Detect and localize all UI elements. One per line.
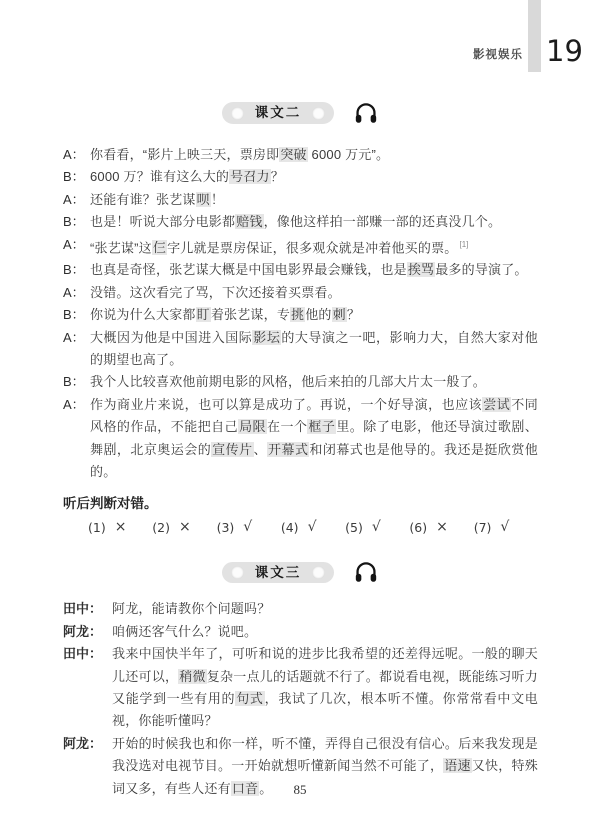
pill-decoration-circle: [231, 566, 244, 579]
text-run: 6000 万？谁有这么大的: [90, 169, 229, 184]
text-run: 着张艺谋，专: [211, 307, 290, 322]
text-run: 作为商业片来说，也可以算是成功了。再说，一个好导演，也应该: [90, 397, 482, 412]
check-mark-icon: √: [372, 519, 381, 535]
answer-item: (6)×: [409, 519, 473, 535]
dialog-text: 6000 万？谁有这么大的号召力？: [90, 166, 538, 188]
answer-item: (5)√: [345, 519, 409, 535]
answer-item: (3)√: [217, 519, 281, 535]
dialog-line: B：也真是奇怪，张艺谋大概是中国电影界最会赚钱，也是挨骂最多的导演了。: [63, 259, 538, 281]
footnote-ref: [1]: [459, 240, 468, 249]
vocab-highlight: 仨: [152, 240, 167, 255]
textbook-page: 影视娱乐 19 课文二 A：你看看，“影片上映三天，票房即突破 6000 万元”…: [0, 0, 600, 836]
dialog-text: 我个人比较喜欢他前期电影的风格，他后来拍的几部大片太一般了。: [90, 371, 538, 393]
text-run: 、: [254, 442, 267, 457]
vocab-highlight: 语速: [443, 758, 472, 773]
answer-item: (4)√: [281, 519, 345, 535]
pill-decoration-circle: [231, 107, 244, 120]
text-run: 他的: [305, 307, 331, 322]
text-run: 还能有谁？张艺谋: [90, 192, 196, 207]
pill-decoration-circle: [312, 566, 325, 579]
speaker-label: B：: [63, 371, 90, 393]
vocab-highlight: 开幕式: [267, 442, 309, 457]
cross-mark-icon: ×: [436, 519, 448, 535]
dialog-text: 阿龙，能请教你个问题吗？: [112, 598, 538, 620]
vocab-highlight: 盯: [196, 307, 211, 322]
dialog-text: 我来中国快半年了，可听和说的进步比我希望的还差得远呢。一般的聊天儿还可以，稍微复…: [112, 643, 538, 733]
header-divider-bar: [528, 0, 541, 72]
dialog-text: 没错。这次看完了骂，下次还接着买票看。: [90, 282, 538, 304]
text-run: 咱俩还客气什么？说吧。: [112, 624, 257, 639]
answer-number: (1): [88, 520, 106, 535]
text-run: 我个人比较喜欢他前期电影的风格，他后来拍的几部大片太一般了。: [90, 374, 486, 389]
speaker-label: A：: [63, 234, 90, 260]
dialog-line: A：还能有谁？张艺谋呗！: [63, 189, 538, 211]
content-area: 课文二 A：你看看，“影片上映三天，票房即突破 6000 万元”。B：6000 …: [63, 100, 538, 800]
speaker-label: B：: [63, 304, 90, 326]
text-run: 也是！听说大部分电影都: [90, 214, 235, 229]
dialog-text: “张艺谋”这仨字儿就是票房保证，很多观众就是冲着他买的票。[1]: [90, 234, 538, 260]
text-run: 最多的导演了。: [435, 262, 527, 277]
dialog-line: A：没错。这次看完了骂，下次还接着买票看。: [63, 282, 538, 304]
cross-mark-icon: ×: [115, 519, 127, 535]
speaker-label: 阿龙：: [63, 621, 112, 643]
lesson3-title-row: 课文三: [63, 559, 538, 585]
dialog-line: A：大概因为他是中国进入国际影坛的大导演之一吧，影响力大，自然大家对他的期望也高…: [63, 327, 538, 372]
text-run: 没错。这次看完了骂，下次还接着买票看。: [90, 285, 341, 300]
vocab-highlight: 局限: [238, 419, 267, 434]
text-run: “张艺谋”这: [90, 240, 152, 255]
check-mark-icon: √: [308, 519, 317, 535]
dialog-line: B：也是！听说大部分电影都赔钱，像他这样拍一部赚一部的还真没几个。: [63, 211, 538, 233]
dialog-line: B：你说为什么大家都盯着张艺谋，专挑他的刺？: [63, 304, 538, 326]
dialog-line: 田中：阿龙，能请教你个问题吗？: [63, 598, 538, 620]
exercise-heading: 听后判断对错。: [63, 493, 538, 515]
vocab-highlight: 稍微: [178, 669, 207, 684]
speaker-label: B：: [63, 211, 90, 233]
speaker-label: 田中：: [63, 598, 112, 620]
vocab-highlight: 呗: [196, 192, 211, 207]
text-run: 也真是奇怪，张艺谋大概是中国电影界最会赚钱，也是: [90, 262, 407, 277]
dialog-text: 你看看，“影片上映三天，票房即突破 6000 万元”。: [90, 144, 538, 166]
vocab-highlight: 刺: [332, 307, 347, 322]
speaker-label: 田中：: [63, 643, 112, 733]
dialog-line: B：我个人比较喜欢他前期电影的风格，他后来拍的几部大片太一般了。: [63, 371, 538, 393]
dialog-line: B：6000 万？谁有这么大的号召力？: [63, 166, 538, 188]
speaker-label: A：: [63, 282, 90, 304]
answer-item: (1)×: [88, 519, 152, 535]
vocab-highlight: 句式: [235, 691, 264, 706]
answer-number: (3): [217, 520, 235, 535]
dialog-line: A：作为商业片来说，也可以算是成功了。再说，一个好导演，也应该尝试不同风格的作品…: [63, 394, 538, 484]
lesson2-title-row: 课文二: [63, 100, 538, 126]
answer-number: (7): [474, 520, 492, 535]
vocab-highlight: 宣传片: [211, 442, 253, 457]
answer-number: (4): [281, 520, 299, 535]
text-run: 你说为什么大家都: [90, 307, 196, 322]
answer-item: (7)√: [474, 519, 538, 535]
lesson3-title-pill: 课文三: [222, 562, 335, 584]
lesson3-block: 课文三 田中：阿龙，能请教你个问题吗？阿龙：咱俩还客气什么？说吧。田中：我来中国…: [63, 559, 538, 800]
vocab-highlight: 挑: [290, 307, 305, 322]
speaker-label: B：: [63, 166, 90, 188]
vocab-highlight: 挨骂: [407, 262, 435, 277]
chapter-number: 19: [546, 34, 583, 68]
vocab-highlight: 突破: [279, 147, 307, 162]
lesson3-title: 课文三: [255, 566, 302, 580]
dialog-text: 大概因为他是中国进入国际影坛的大导演之一吧，影响力大，自然大家对他的期望也高了。: [90, 327, 538, 372]
answer-number: (2): [152, 520, 170, 535]
speaker-label: A：: [63, 327, 90, 372]
dialog-line: 阿龙：咱俩还客气什么？说吧。: [63, 621, 538, 643]
vocab-highlight: 影坛: [252, 330, 281, 345]
lesson2-dialog: A：你看看，“影片上映三天，票房即突破 6000 万元”。B：6000 万？谁有…: [63, 144, 538, 483]
pill-decoration-circle: [312, 107, 325, 120]
dialog-text: 咱俩还客气什么？说吧。: [112, 621, 538, 643]
check-mark-icon: √: [500, 519, 509, 535]
dialog-text: 你说为什么大家都盯着张艺谋，专挑他的刺？: [90, 304, 538, 326]
lesson2-title: 课文二: [255, 106, 302, 120]
speaker-label: A：: [63, 394, 90, 484]
text-run: 在一个: [267, 419, 307, 434]
cross-mark-icon: ×: [179, 519, 191, 535]
text-run: 字儿就是票房保证，很多观众就是冲着他买的票。: [167, 240, 457, 255]
speaker-label: A：: [63, 144, 90, 166]
dialog-line: 田中：我来中国快半年了，可听和说的进步比我希望的还差得远呢。一般的聊天儿还可以，…: [63, 643, 538, 733]
section-title: 影视娱乐: [473, 46, 523, 62]
dialog-text: 也是！听说大部分电影都赔钱，像他这样拍一部赚一部的还真没几个。: [90, 211, 538, 233]
lesson2-title-pill: 课文二: [222, 102, 335, 124]
dialog-line: A：你看看，“影片上映三天，票房即突破 6000 万元”。: [63, 144, 538, 166]
text-run: 6000 万元”。: [308, 147, 389, 162]
text-run: ？: [347, 307, 360, 322]
exercise-answers: (1)×(2)×(3)√(4)√(5)√(6)×(7)√: [63, 519, 538, 535]
text-run: ！: [211, 192, 224, 207]
speaker-label: A：: [63, 189, 90, 211]
dialog-text: 还能有谁？张艺谋呗！: [90, 189, 538, 211]
lesson3-dialog: 田中：阿龙，能请教你个问题吗？阿龙：咱俩还客气什么？说吧。田中：我来中国快半年了…: [63, 598, 538, 800]
vocab-highlight: 尝试: [482, 397, 511, 412]
headphone-icon: [352, 100, 379, 127]
vocab-highlight: 号召力: [229, 169, 271, 184]
text-run: 你看看，“影片上映三天，票房即: [90, 147, 279, 162]
text-run: 阿龙，能请教你个问题吗？: [112, 601, 270, 616]
dialog-text: 也真是奇怪，张艺谋大概是中国电影界最会赚钱，也是挨骂最多的导演了。: [90, 259, 538, 281]
vocab-highlight: 赔钱: [235, 214, 263, 229]
answer-number: (6): [409, 520, 427, 535]
vocab-highlight: 框子: [307, 419, 336, 434]
text-run: ？: [271, 169, 284, 184]
answer-number: (5): [345, 520, 363, 535]
speaker-label: B：: [63, 259, 90, 281]
page-number: 85: [0, 782, 600, 798]
dialog-line: A：“张艺谋”这仨字儿就是票房保证，很多观众就是冲着他买的票。[1]: [63, 234, 538, 260]
text-run: ，像他这样拍一部赚一部的还真没几个。: [264, 214, 502, 229]
dialog-text: 作为商业片来说，也可以算是成功了。再说，一个好导演，也应该尝试不同风格的作品，不…: [90, 394, 538, 484]
answer-item: (2)×: [152, 519, 216, 535]
check-mark-icon: √: [243, 519, 252, 535]
headphone-icon: [352, 559, 379, 586]
text-run: 大概因为他是中国进入国际: [90, 330, 252, 345]
